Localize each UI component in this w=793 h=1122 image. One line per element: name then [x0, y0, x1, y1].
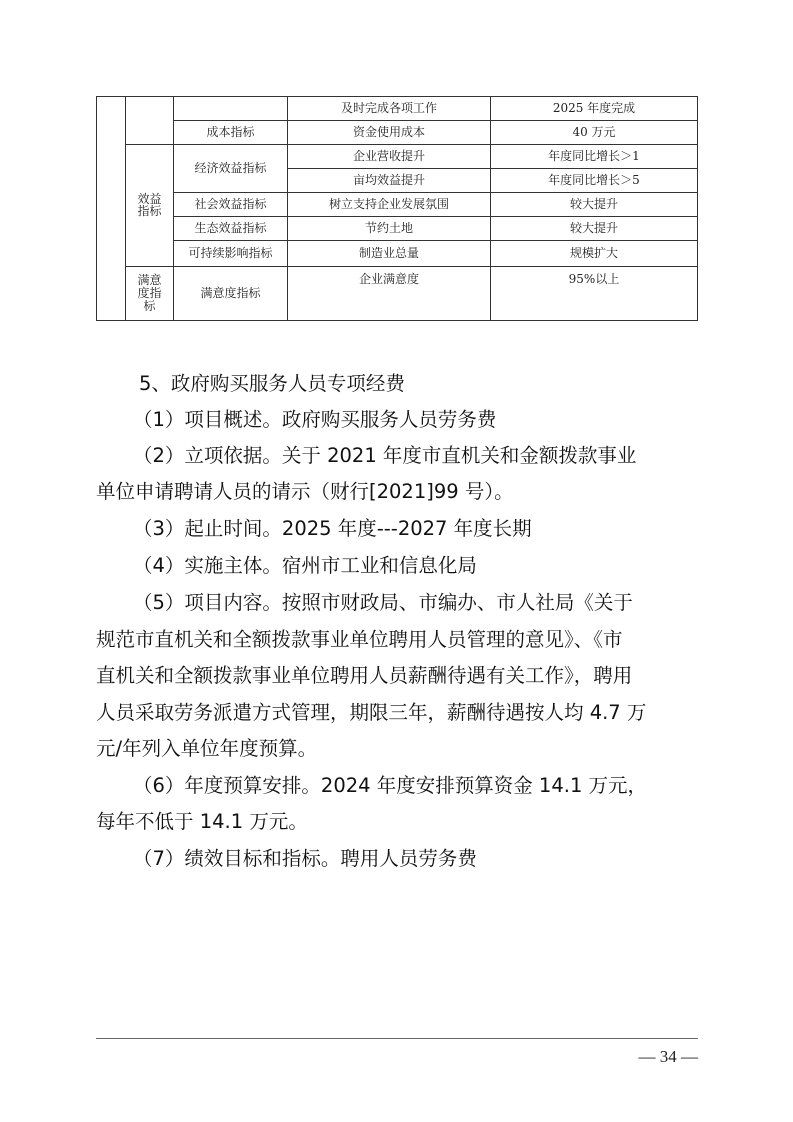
table-cell-indicator: 亩均效益提升 — [288, 169, 491, 193]
table-cell-level3: 成本指标 — [174, 121, 288, 145]
table-row: 成本指标 资金使用成本 40 万元 — [97, 121, 698, 145]
page-number: — 34 — — [639, 1047, 699, 1067]
table-cell-indicator: 及时完成各项工作 — [288, 97, 491, 121]
item-budget-line2: 每年不低于 14.1 万元。 — [96, 810, 308, 834]
section-heading: 5、政府购买服务人员专项经费 — [139, 372, 405, 396]
item-implementer: （4）实施主体。宿州市工业和信息化局 — [133, 554, 477, 578]
table-cell-value: 年度同比增长＞5 — [491, 169, 698, 193]
table-cell-value: 较大提升 — [491, 193, 698, 217]
table-cell-indicator: 树立支持企业发展氛围 — [288, 193, 491, 217]
table-cell-level3: 生态效益指标 — [174, 217, 288, 241]
table-cell-value: 40 万元 — [491, 121, 698, 145]
item-content-line3: 直机关和全额拨款事业单位聘用人员薪酬待遇有关工作》，聘用 — [96, 664, 632, 688]
table-cell-value: 较大提升 — [491, 217, 698, 241]
table-cell-level2-satisfaction: 满意 度指 标 — [126, 267, 174, 321]
table-row: 生态效益指标 节约土地 较大提升 — [97, 217, 698, 241]
table-cell-level3: 社会效益指标 — [174, 193, 288, 217]
item-basis-line1: （2）立项依据。关于 2021 年度市直机关和金额拨款事业 — [133, 444, 636, 468]
item-content-line1: （5）项目内容。按照市财政局、市编办、市人社局《关于 — [133, 591, 633, 615]
item-period: （3）起止时间。2025 年度---2027 年度长期 — [133, 517, 532, 541]
table-cell-value: 95%以上 — [491, 267, 698, 321]
table-cell-indicator: 制造业总量 — [288, 241, 491, 267]
table-cell-indicator: 企业营收提升 — [288, 145, 491, 169]
performance-indicator-table: 及时完成各项工作 2025 年度完成 成本指标 资金使用成本 40 万元 效益 … — [96, 96, 698, 321]
item-content-line4: 人员采取劳务派遣方式管理，期限三年，薪酬待遇按人均 4.7 万 — [96, 701, 646, 725]
table-cell-level3: 可持续影响指标 — [174, 241, 288, 267]
table-cell-indicator: 资金使用成本 — [288, 121, 491, 145]
table-cell-level3: 经济效益指标 — [174, 145, 288, 193]
table-row: 社会效益指标 树立支持企业发展氛围 较大提升 — [97, 193, 698, 217]
table-cell-level3: 满意度指标 — [174, 267, 288, 321]
footer-divider — [96, 1038, 698, 1039]
table-cell-indicator: 企业满意度 — [288, 267, 491, 321]
table-row: 及时完成各项工作 2025 年度完成 — [97, 97, 698, 121]
item-budget-line1: （6）年度预算安排。2024 年度安排预算资金 14.1 万元， — [133, 774, 647, 798]
table-row: 效益 指标 经济效益指标 企业营收提升 年度同比增长＞1 — [97, 145, 698, 169]
item-content-line5: 元/年列入单位年度预算。 — [96, 737, 317, 761]
table-cell-indicator: 节约土地 — [288, 217, 491, 241]
table-row: 可持续影响指标 制造业总量 规模扩大 — [97, 241, 698, 267]
satisfaction-indicator-label: 满意 度指 标 — [135, 274, 165, 312]
item-basis-line2: 单位申请聘请人员的请示（财行[2021]99 号）。 — [96, 480, 514, 504]
table-cell-level2 — [126, 97, 174, 145]
table-cell-value: 年度同比增长＞1 — [491, 145, 698, 169]
table-row: 满意 度指 标 满意度指标 企业满意度 95%以上 — [97, 267, 698, 321]
table-cell-level2-benefit: 效益 指标 — [126, 145, 174, 267]
item-overview: （1）项目概述。政府购买服务人员劳务费 — [133, 408, 496, 432]
item-targets: （7）绩效目标和指标。聘用人员劳务费 — [133, 847, 477, 871]
item-content-line2: 规范市直机关和全额拨款事业单位聘用人员管理的意见》、《市 — [96, 628, 623, 652]
table-cell-value: 2025 年度完成 — [491, 97, 698, 121]
table-cell-value: 规模扩大 — [491, 241, 698, 267]
table-cell-level1 — [97, 97, 126, 321]
benefit-indicator-label: 效益 指标 — [135, 193, 165, 218]
table-cell-level3 — [174, 97, 288, 121]
